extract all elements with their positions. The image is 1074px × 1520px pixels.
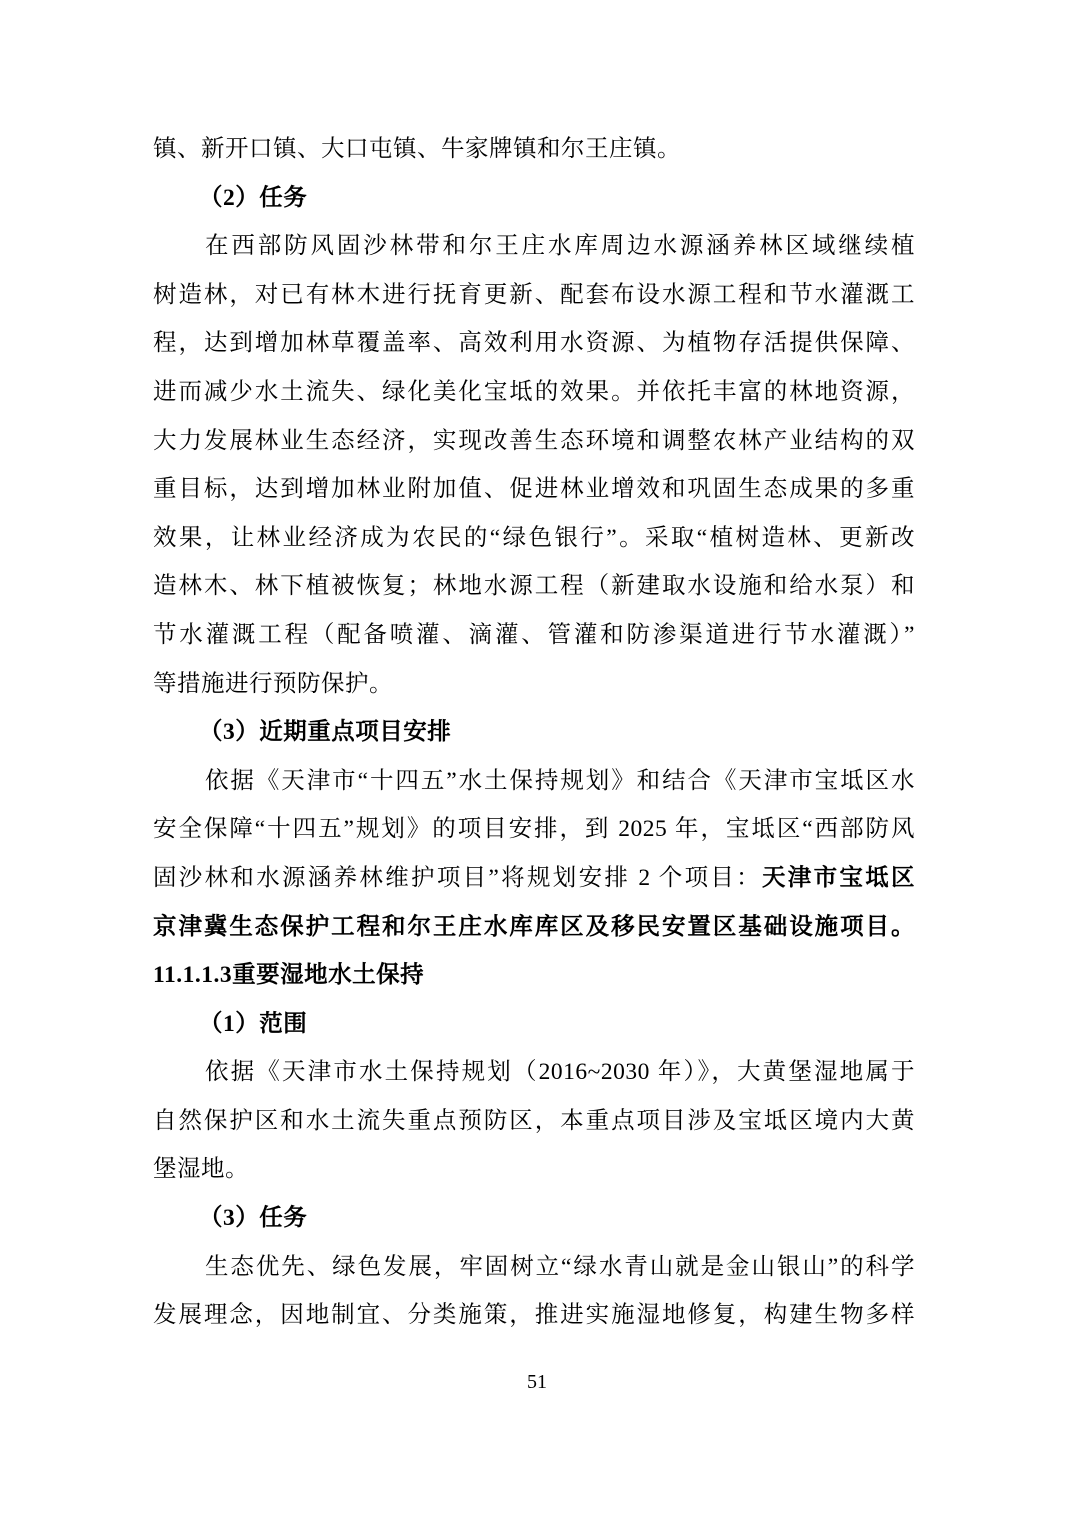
text-run: 固沙林和水源涵养林维护项目”将规划安排 2 个项目： (153, 865, 762, 891)
text-run: 发展理念，因地制宜、分类施策，推进实施湿地修复，构建生物多样 (153, 1302, 915, 1328)
text-line: 安全保障“十四五”规划》的项目安排，到 2025 年，宝坻区“西部防风 (153, 805, 915, 854)
text-run: 依据《天津市“十四五”水土保持规划》和结合《天津市宝坻区水 (205, 768, 915, 794)
text-run: 镇、新开口镇、大口屯镇、牛家牌镇和尔王庄镇。 (153, 136, 681, 162)
document-page: 镇、新开口镇、大口屯镇、牛家牌镇和尔王庄镇。（2）任务在西部防风固沙林带和尔王庄… (0, 0, 1074, 1520)
text-line: 程，达到增加林草覆盖率、高效利用水资源、为植物存活提供保障、 (153, 319, 915, 368)
text-line: 京津冀生态保护工程和尔王庄水库库区及移民安置区基础设施项目。 (153, 903, 915, 952)
text-run: 安全保障“十四五”规划》的项目安排，到 2025 年，宝坻区“西部防风 (153, 816, 915, 842)
bold-text-run: 11.1.1.3重要湿地水土保持 (153, 962, 424, 988)
bold-text-run: （3）任务 (199, 1205, 307, 1231)
text-run: 依据《天津市水土保持规划（2016~2030 年）》，大黄堡湿地属于 (205, 1059, 915, 1085)
text-run: 树造林，对已有林木进行抚育更新、配套布设水源工程和节水灌溉工 (153, 282, 915, 308)
bold-text-run: 京津冀生态保护工程和尔王庄水库库区及移民安置区基础设施项目。 (153, 914, 915, 940)
text-line: 11.1.1.3重要湿地水土保持 (153, 951, 915, 1000)
text-line: 大力发展林业生态经济，实现改善生态环境和调整农林产业结构的双 (153, 417, 915, 466)
text-line: 在西部防风固沙林带和尔王庄水库周边水源涵养林区域继续植 (153, 222, 915, 271)
bold-text-run: 天津市宝坻区 (762, 865, 915, 891)
text-run: 进而减少水土流失、绿化美化宝坻的效果。并依托丰富的林地资源， (153, 379, 915, 405)
text-line: 依据《天津市水土保持规划（2016~2030 年）》，大黄堡湿地属于 (153, 1048, 915, 1097)
text-line: 造林木、林下植被恢复；林地水源工程（新建取水设施和给水泵）和 (153, 562, 915, 611)
text-run: 程，达到增加林草覆盖率、高效利用水资源、为植物存活提供保障、 (153, 330, 915, 356)
text-line: 效果，让林业经济成为农民的“绿色银行”。采取“植树造林、更新改 (153, 514, 915, 563)
text-line: 自然保护区和水土流失重点预防区，本重点项目涉及宝坻区境内大黄 (153, 1097, 915, 1146)
text-run: 效果，让林业经济成为农民的“绿色银行”。采取“植树造林、更新改 (153, 525, 915, 551)
text-line: 节水灌溉工程（配备喷灌、滴灌、管灌和防渗渠道进行节水灌溉）” (153, 611, 915, 660)
text-line: 进而减少水土流失、绿化美化宝坻的效果。并依托丰富的林地资源， (153, 368, 915, 417)
bold-text-run: （1）范围 (199, 1011, 307, 1037)
text-line: （3）近期重点项目安排 (153, 708, 915, 757)
text-line: 等措施进行预防保护。 (153, 660, 915, 709)
text-run: 在西部防风固沙林带和尔王庄水库周边水源涵养林区域继续植 (205, 233, 915, 259)
text-run: 造林木、林下植被恢复；林地水源工程（新建取水设施和给水泵）和 (153, 573, 915, 599)
document-text-block: 镇、新开口镇、大口屯镇、牛家牌镇和尔王庄镇。（2）任务在西部防风固沙林带和尔王庄… (153, 125, 915, 1340)
text-run: 节水灌溉工程（配备喷灌、滴灌、管灌和防渗渠道进行节水灌溉）” (153, 622, 915, 648)
text-line: 堡湿地。 (153, 1145, 915, 1194)
text-run: 重目标，达到增加林业附加值、促进林业增效和巩固生态成果的多重 (153, 476, 915, 502)
text-line: 镇、新开口镇、大口屯镇、牛家牌镇和尔王庄镇。 (153, 125, 915, 174)
text-line: 重目标，达到增加林业附加值、促进林业增效和巩固生态成果的多重 (153, 465, 915, 514)
text-run: 堡湿地。 (153, 1156, 249, 1182)
text-line: （1）范围 (153, 1000, 915, 1049)
text-run: 等措施进行预防保护。 (153, 671, 393, 697)
bold-text-run: （3）近期重点项目安排 (199, 719, 451, 745)
text-line: （2）任务 (153, 174, 915, 223)
text-line: 发展理念，因地制宜、分类施策，推进实施湿地修复，构建生物多样 (153, 1291, 915, 1340)
page-number: 51 (0, 1362, 1074, 1402)
text-line: 树造林，对已有林木进行抚育更新、配套布设水源工程和节水灌溉工 (153, 271, 915, 320)
text-line: （3）任务 (153, 1194, 915, 1243)
text-line: 生态优先、绿色发展，牢固树立“绿水青山就是金山银山”的科学 (153, 1243, 915, 1292)
text-line: 固沙林和水源涵养林维护项目”将规划安排 2 个项目：天津市宝坻区 (153, 854, 915, 903)
bold-text-run: （2）任务 (199, 185, 307, 211)
text-run: 自然保护区和水土流失重点预防区，本重点项目涉及宝坻区境内大黄 (153, 1108, 915, 1134)
text-line: 依据《天津市“十四五”水土保持规划》和结合《天津市宝坻区水 (153, 757, 915, 806)
text-run: 生态优先、绿色发展，牢固树立“绿水青山就是金山银山”的科学 (205, 1254, 915, 1280)
text-run: 大力发展林业生态经济，实现改善生态环境和调整农林产业结构的双 (153, 428, 915, 454)
